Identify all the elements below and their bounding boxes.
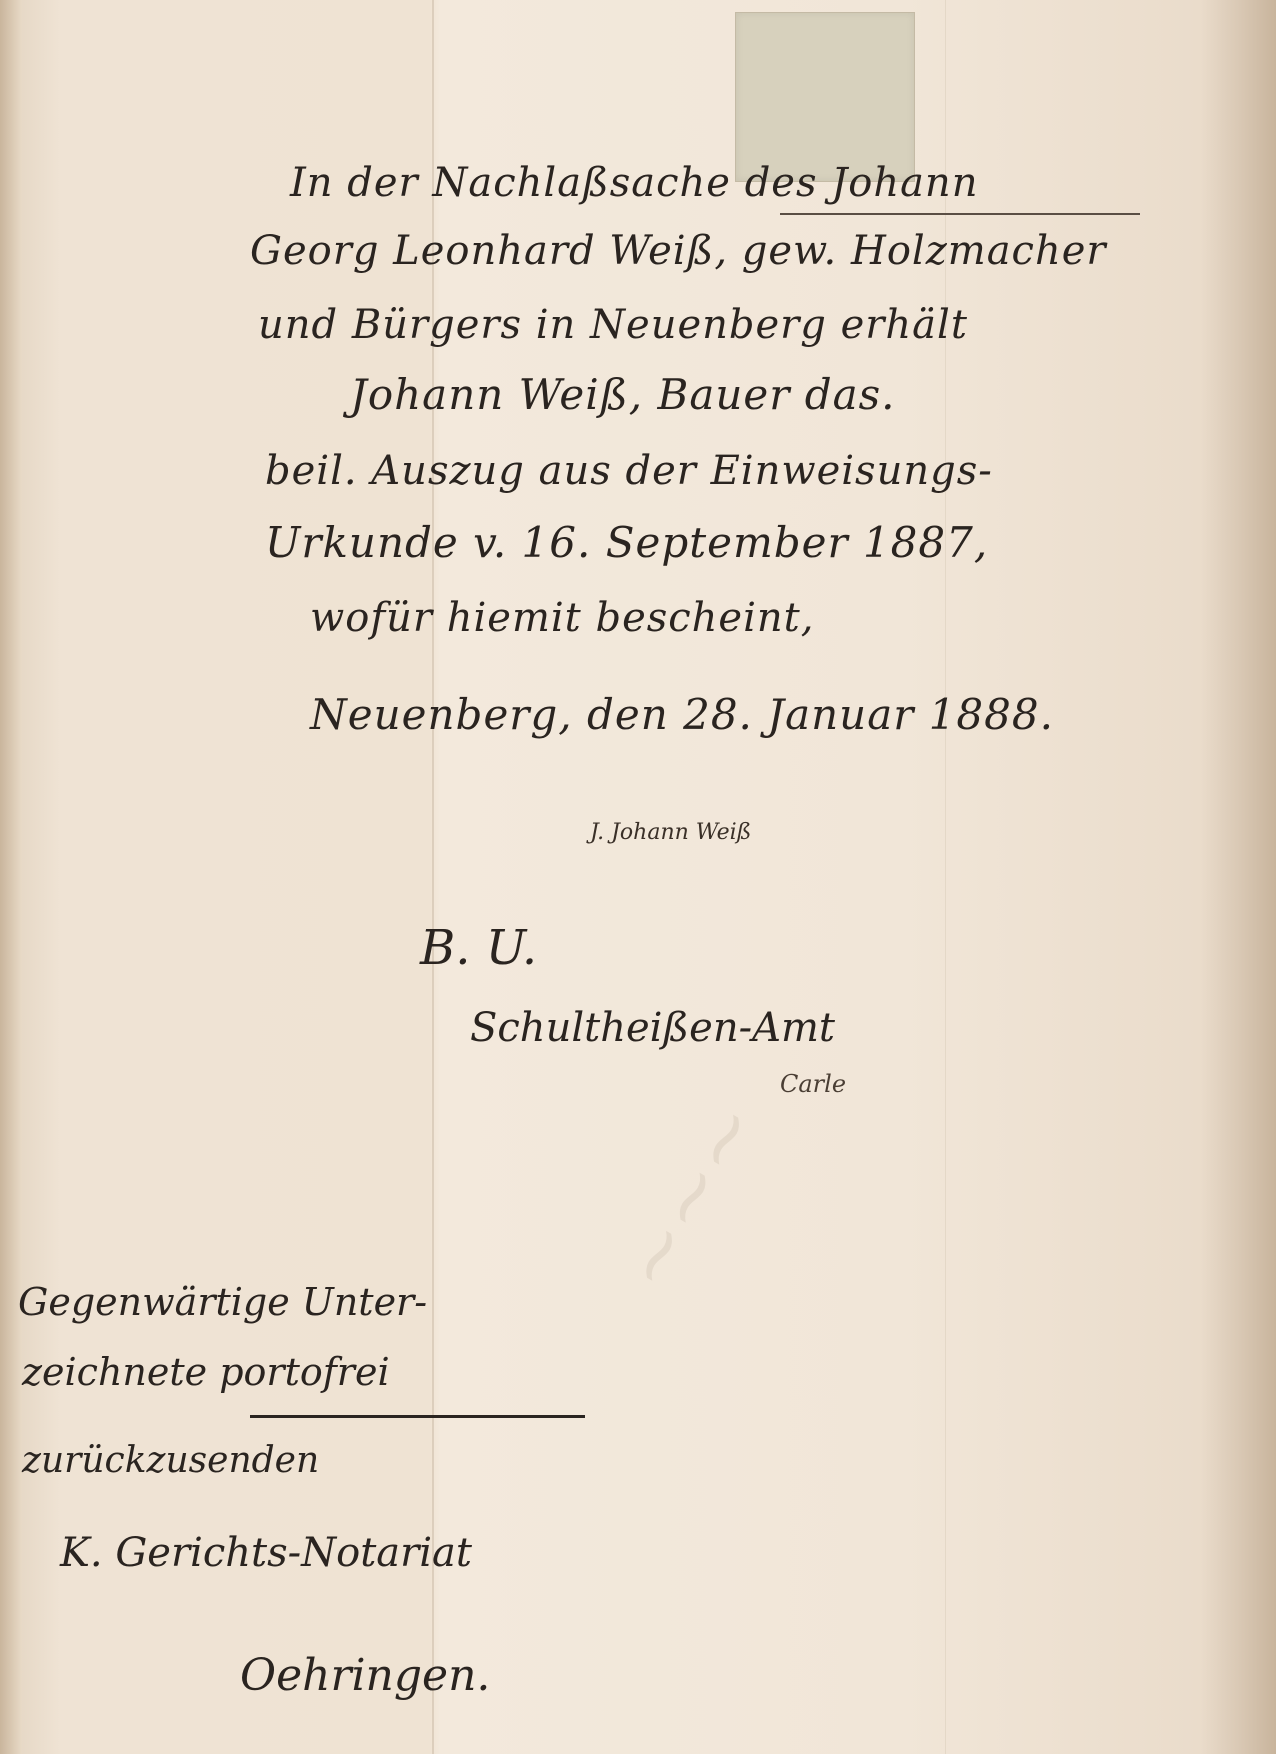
office-signature: Carle bbox=[780, 1070, 846, 1098]
certification-initials: B. U. bbox=[420, 920, 537, 976]
text-line-1: In der Nachlaßsache des Johann bbox=[290, 160, 978, 206]
text-line-6: Urkunde v. 16. September 1887, bbox=[265, 518, 988, 567]
signature-weiss: J. Johann Weiß bbox=[590, 820, 751, 845]
forwarding-line-3: zurückzusenden bbox=[22, 1440, 319, 1481]
document-page: In der Nachlaßsache des Johann Georg Leo… bbox=[0, 0, 1276, 1754]
forwarding-line-1: Gegenwärtige Unter- bbox=[18, 1280, 427, 1324]
underline-portofrei bbox=[250, 1415, 585, 1418]
underline-johann bbox=[780, 213, 1140, 215]
text-line-5: beil. Auszug aus der Einweisungs- bbox=[265, 448, 993, 494]
place-date-line: Neuenberg, den 28. Januar 1888. bbox=[310, 690, 1054, 739]
bleed-through-writing: ~~~ bbox=[600, 1086, 781, 1307]
text-line-4: Johann Weiß, Bauer das. bbox=[350, 370, 896, 419]
text-line-2: Georg Leonhard Weiß, gew. Holzmacher bbox=[250, 228, 1107, 274]
text-line-3: und Bürgers in Neuenberg erhält bbox=[258, 302, 968, 348]
text-line-7: wofür hiemit bescheint, bbox=[310, 595, 814, 641]
forwarding-line-2: zeichnete portofrei bbox=[22, 1350, 390, 1394]
office-name: Schultheißen-Amt bbox=[470, 1005, 835, 1051]
page-binding-edge bbox=[0, 0, 22, 1754]
cutout-window bbox=[735, 12, 915, 182]
forwarding-line-4: K. Gerichts-Notariat bbox=[60, 1530, 472, 1576]
forwarding-line-5: Oehringen. bbox=[240, 1650, 490, 1701]
